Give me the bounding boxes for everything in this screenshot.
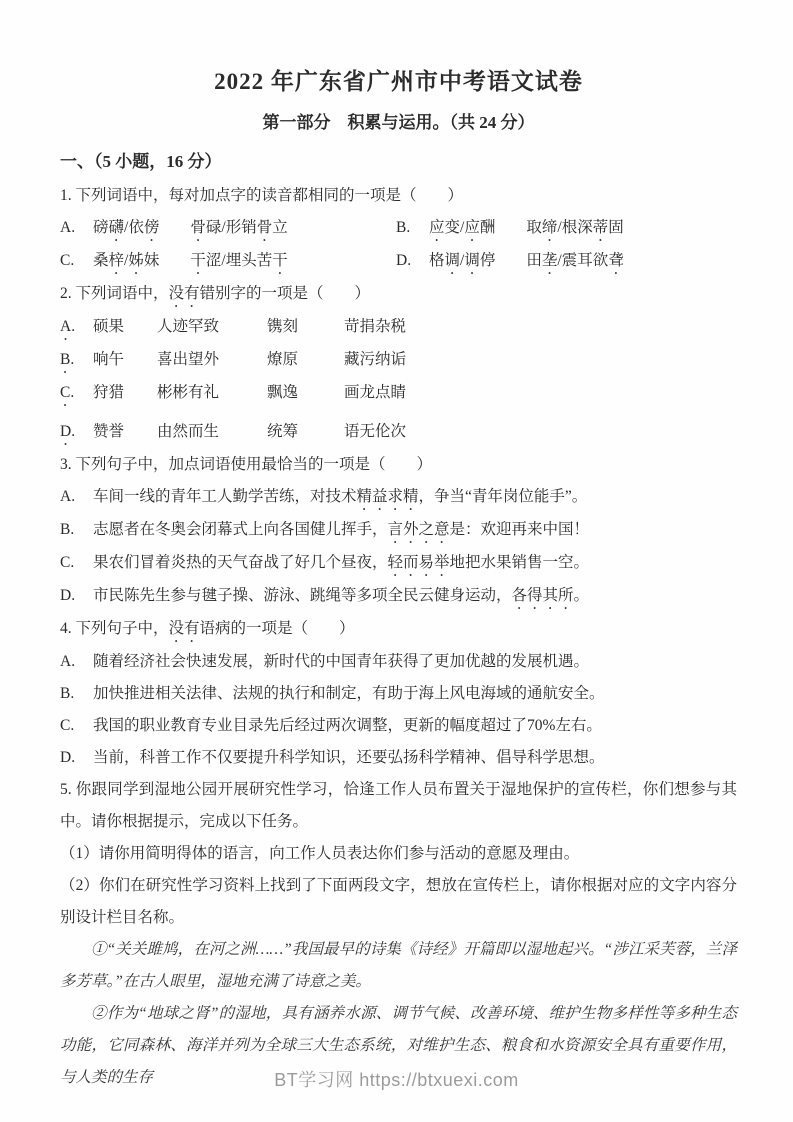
option-label: D. — [60, 416, 93, 449]
watermark: BT学习网 https://btxuexi.com — [0, 1066, 793, 1092]
part-header: 一、（5 小题，16 分） — [60, 148, 737, 176]
option-text: 志愿者在冬奥会闭幕式上向各国健儿挥手，言外之意是：欢迎再来中国！ — [93, 514, 737, 547]
option-text: 加快推进相关法律、法规的执行和制定，有助于海上风电海域的通航安全。 — [93, 678, 737, 710]
option-a: A. 硕果人迹罕致镌刻苛捐杂税 — [60, 311, 737, 344]
option-a: A. 随着经济社会快速发展，新时代的中国青年获得了更加优越的发展机遇。 — [60, 646, 737, 678]
option-a: A. 车间一线的青年工人勤学苦练，对技术精益求精，争当“青年岗位能手”。 — [60, 481, 737, 514]
option-label: C. — [60, 547, 93, 580]
option-words: 硕果人迹罕致镌刻苛捐杂税 — [93, 311, 406, 344]
option-text: 果农们冒着炎热的天气奋战了好几个昼夜，轻而易举地把水果销售一空。 — [93, 547, 737, 580]
option-label: A. — [60, 646, 93, 678]
question-4-stem: 4. 下列句子中，没有语病的一项是（ ） — [60, 613, 737, 646]
option-label: D. — [396, 245, 429, 278]
page-content: 2022 年广东省广州市中考语文试卷 第一部分 积累与运用。（共 24 分） 一… — [0, 0, 793, 1094]
section-header: 第一部分 积累与运用。（共 24 分） — [60, 108, 737, 138]
option-label: C. — [60, 377, 93, 410]
question-5: 5. 你跟同学到湿地公园开展研究性学习，恰逢工作人员布置关于湿地保护的宣传栏，你… — [60, 774, 737, 1094]
option-b: B. 响午喜出望外燎原藏污纳诟 — [60, 344, 737, 377]
option-d: D. 赞誉由然而生统筹语无伦次 — [60, 416, 737, 449]
question-2-stem: 2. 下列词语中，没有错别字的一项是（ ） — [60, 278, 737, 311]
question-4: 4. 下列句子中，没有语病的一项是（ ） A. 随着经济社会快速发展，新时代的中… — [60, 613, 737, 774]
option-label: B. — [60, 678, 93, 710]
option-a: A. 磅礴/依傍 骨碌/形销骨立 — [60, 212, 396, 245]
question-5-task-1: （1）请你用简明得体的语言，向工作人员表达你们参与活动的意愿及理由。 — [60, 838, 737, 870]
option-text: 磅礴/依傍 骨碌/形销骨立 — [93, 212, 396, 245]
question-3: 3. 下列句子中，加点词语使用最恰当的一项是（ ） A. 车间一线的青年工人勤学… — [60, 449, 737, 613]
option-d: D. 市民陈先生参与毽子操、游泳、跳绳等多项全民云健身运动，各得其所。 — [60, 580, 737, 613]
option-words: 响午喜出望外燎原藏污纳诟 — [93, 344, 406, 377]
option-text: 桑梓/姊妹 干涩/埋头苦干 — [93, 245, 396, 278]
option-words: 狩猎彬彬有礼飘逸画龙点睛 — [93, 377, 406, 410]
option-b: B. 加快推进相关法律、法规的执行和制定，有助于海上风电海域的通航安全。 — [60, 678, 737, 710]
option-b: B. 志愿者在冬奥会闭幕式上向各国健儿挥手，言外之意是：欢迎再来中国！ — [60, 514, 737, 547]
option-c: C. 我国的职业教育专业目录先后经过两次调整，更新的幅度超过了70%左右。 — [60, 710, 737, 742]
option-label: B. — [60, 514, 93, 547]
option-label: A. — [60, 481, 93, 514]
option-label: C. — [60, 710, 93, 742]
option-label: D. — [60, 580, 93, 613]
option-text: 格调/调停 田垄/震耳欲聋 — [429, 245, 737, 278]
option-text: 应变/应酬 取缔/根深蒂固 — [429, 212, 737, 245]
question-2: 2. 下列词语中，没有错别字的一项是（ ） A. 硕果人迹罕致镌刻苛捐杂税 B.… — [60, 278, 737, 449]
option-words: 赞誉由然而生统筹语无伦次 — [93, 416, 406, 449]
option-text: 我国的职业教育专业目录先后经过两次调整，更新的幅度超过了70%左右。 — [93, 710, 737, 742]
option-label: B. — [60, 344, 93, 377]
option-label: C. — [60, 245, 93, 278]
option-label: D. — [60, 742, 93, 774]
option-c: C. 狩猎彬彬有礼飘逸画龙点睛 — [60, 377, 737, 410]
question-1: 1. 下列词语中，每对加点字的读音都相同的一项是（ ） A. 磅礴/依傍 骨碌/… — [60, 180, 737, 278]
option-b: B. 应变/应酬 取缔/根深蒂固 — [396, 212, 737, 245]
option-text: 市民陈先生参与毽子操、游泳、跳绳等多项全民云健身运动，各得其所。 — [93, 580, 737, 613]
option-text: 车间一线的青年工人勤学苦练，对技术精益求精，争当“青年岗位能手”。 — [93, 481, 737, 514]
option-label: A. — [60, 311, 93, 344]
option-c: C. 桑梓/姊妹 干涩/埋头苦干 — [60, 245, 396, 278]
question-3-stem: 3. 下列句子中，加点词语使用最恰当的一项是（ ） — [60, 449, 737, 481]
question-1-options: A. 磅礴/依傍 骨碌/形销骨立 B. 应变/应酬 取缔/根深蒂固 C. 桑梓/… — [60, 212, 737, 278]
option-text: 随着经济社会快速发展，新时代的中国青年获得了更加优越的发展机遇。 — [93, 646, 737, 678]
exam-paper-page: 2022 年广东省广州市中考语文试卷 第一部分 积累与运用。（共 24 分） 一… — [0, 0, 793, 1122]
option-text: 当前，科普工作不仅要提升科学知识，还要弘扬科学精神、倡导科学思想。 — [93, 742, 737, 774]
option-label: B. — [396, 212, 429, 245]
option-d: D. 当前，科普工作不仅要提升科学知识，还要弘扬科学精神、倡导科学思想。 — [60, 742, 737, 774]
option-c: C. 果农们冒着炎热的天气奋战了好几个昼夜，轻而易举地把水果销售一空。 — [60, 547, 737, 580]
page-title: 2022 年广东省广州市中考语文试卷 — [60, 66, 737, 98]
question-5-stem: 5. 你跟同学到湿地公园开展研究性学习，恰逢工作人员布置关于湿地保护的宣传栏，你… — [60, 774, 737, 838]
question-5-passage-1: ①“关关雎鸠，在河之洲……”我国最早的诗集《诗经》开篇即以湿地起兴。“涉江采芙蓉… — [60, 934, 737, 998]
option-label: A. — [60, 212, 93, 245]
question-1-stem: 1. 下列词语中，每对加点字的读音都相同的一项是（ ） — [60, 180, 737, 212]
option-d: D. 格调/调停 田垄/震耳欲聋 — [396, 245, 737, 278]
question-5-task-2: （2）你们在研究性学习资料上找到了下面两段文字，想放在宣传栏上，请你根据对应的文… — [60, 870, 737, 934]
